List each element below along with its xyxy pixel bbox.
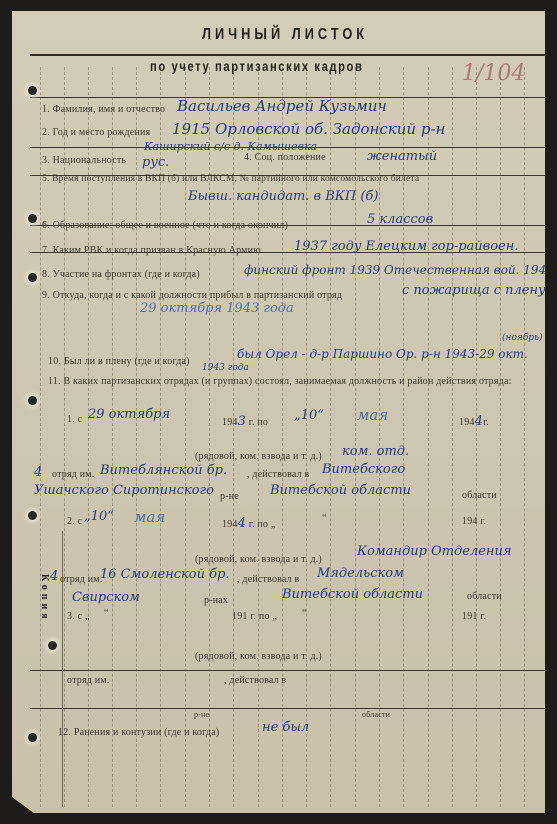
document-sheet: ЛИЧНЫЙ ЛИСТОК по учету партизанских кадр… xyxy=(12,11,545,813)
service-3-position-hint: (рядовой, ком. взвода и т. д.) xyxy=(195,651,322,662)
document-title: ЛИЧНЫЙ ЛИСТОК xyxy=(202,26,368,44)
service-2-position: Командир Отделения xyxy=(357,544,511,559)
punch-hole xyxy=(48,641,57,650)
field-12-value: не был xyxy=(262,720,309,735)
service-3-from-year: 191 г. по „ xyxy=(232,611,277,622)
document-subtitle: по учету партизанских кадров xyxy=(150,58,363,74)
service-3-to-mark: “ xyxy=(302,608,307,619)
service-1-position-hint: (рядовой, ком. взвода и т. д.) xyxy=(195,451,322,462)
field-6-label: 6. Образование: общее и военное (что и к… xyxy=(42,220,288,231)
service-2-unit-prefix: 4 xyxy=(50,569,58,584)
field-2-label: 2. Год и место рождения xyxy=(42,127,150,138)
service-1-num: 1. с xyxy=(67,414,82,425)
field-4-value: женатый xyxy=(367,149,437,164)
service-2-unit: 16 Смоленской бр. xyxy=(100,567,230,582)
field-7-value: 1937 году Елецким гор-райвоен. xyxy=(294,239,518,254)
service-1-from-date: 29 октября xyxy=(88,407,170,422)
service-1-area-2: Ушачского Сиротинского xyxy=(34,483,214,498)
service-3-to-year: 191 г. xyxy=(462,611,486,622)
service-3-district-label: р-не xyxy=(194,710,209,719)
grid-line xyxy=(500,67,501,807)
service-2-district-label: р-нах xyxy=(204,595,228,606)
service-2-from-date: „10“ xyxy=(84,509,114,524)
service-1-from-year: 1943 г. по xyxy=(222,414,268,429)
service-1-area-1: Витебского xyxy=(322,462,405,477)
service-1-unit-label: отряд им. xyxy=(52,469,95,480)
grid-line xyxy=(40,67,41,807)
field-9-label: 9. Откуда, когда и с какой должности при… xyxy=(42,290,342,301)
service-3-from-mark: “ xyxy=(104,608,109,619)
rule xyxy=(30,670,545,671)
copy-stamp: Копия xyxy=(39,574,50,623)
field-10-value: был Орел - д-р Паршино Ор. р-н 1943-29 о… xyxy=(237,347,528,361)
service-2-from-year: 1944 г. по „ xyxy=(222,516,275,531)
rule-top xyxy=(30,54,545,56)
service-2-num: 2. с xyxy=(67,516,82,527)
punch-hole xyxy=(28,214,37,223)
punch-hole xyxy=(28,273,37,282)
service-2-from-month: мая xyxy=(134,508,165,526)
service-3-acted-label: , действовал в xyxy=(224,675,286,686)
service-1-region-label: области xyxy=(462,490,497,501)
service-1-to-month: мая xyxy=(357,406,388,424)
service-1-to-date: „10“ xyxy=(294,408,324,423)
field-2-value: 1915 Орловской об. Задонский р-н xyxy=(172,120,445,138)
service-1-district-label: р-не xyxy=(220,491,239,502)
grid-line xyxy=(524,67,525,807)
grid-line xyxy=(62,531,63,807)
service-1-acted-label: , действовал в xyxy=(247,469,309,480)
service-2-acted-label: , действовал в xyxy=(237,574,299,585)
service-2-region-label: области xyxy=(467,591,502,602)
service-2-to-mark: “ xyxy=(322,513,327,524)
field-7-label: 7. Каким РВК и когда призван в Красную А… xyxy=(42,245,261,256)
rule xyxy=(30,708,545,709)
service-2-unit-label: отряд им. xyxy=(60,574,103,585)
field-4-label: 4. Соц. положение xyxy=(244,152,326,163)
service-3-num: 3. с „ xyxy=(67,611,90,622)
service-2-area-2: Свирском xyxy=(72,590,140,605)
service-3-unit-label: отряд им. xyxy=(67,675,110,686)
archive-mark: 1/104 xyxy=(462,61,525,86)
field-1-label: 1. Фамилия, имя и отчество xyxy=(42,104,165,115)
punch-hole xyxy=(28,511,37,520)
service-2-to-year: 194 г. xyxy=(462,516,486,527)
field-8-value: финский фронт 1939 Отечественная вой. 19… xyxy=(244,263,557,277)
field-10-label: 10. Был ли в плену (где и когда) xyxy=(48,356,190,367)
service-1-unit: Витеблянской бр. xyxy=(100,463,227,478)
service-2-region: Витебской области xyxy=(282,587,423,602)
field-12-label: 12. Ранения и контузии (где и когда) xyxy=(58,727,219,738)
grid-line xyxy=(452,67,453,807)
field-9-value: с пожарища с плену xyxy=(402,283,546,298)
field-5-value: Бывш. кандидат. в ВКП (б) xyxy=(188,189,378,204)
field-10-note: (ноябрь) xyxy=(502,333,542,343)
punch-hole xyxy=(28,733,37,742)
service-3-region-label: области xyxy=(362,710,390,719)
field-6-value: 5 классов xyxy=(367,212,433,227)
service-1-unit-prefix: 4 xyxy=(34,465,42,480)
field-9-value-extra: 29 октября 1943 года xyxy=(140,301,294,316)
service-2-position-hint: (рядовой, ком. взвода и т. д.) xyxy=(195,554,322,565)
field-3-value: рус. xyxy=(142,155,169,170)
punch-hole xyxy=(28,396,37,405)
grid-line xyxy=(476,67,477,807)
service-1-to-year: 1944г. xyxy=(459,414,489,429)
service-1-position: ком. отд. xyxy=(342,444,409,459)
field-5-label: 5. Время поступления в ВКП (б) или ВЛКСМ… xyxy=(42,174,419,184)
field-11-label: 11. В каких партизанских отрядах (и груп… xyxy=(48,375,518,388)
service-2-area-1: Мядельском xyxy=(317,566,404,581)
field-10-value-extra: 1943 года xyxy=(202,363,249,373)
field-1-value: Васильев Андрей Кузьмич xyxy=(177,97,387,115)
grid-line xyxy=(428,67,429,807)
field-8-label: 8. Участие на фронтах (где и когда) xyxy=(42,269,200,280)
service-1-region: Витебской области xyxy=(270,483,411,498)
punch-hole xyxy=(28,86,37,95)
field-3-label: 3. Национальность xyxy=(42,155,126,166)
